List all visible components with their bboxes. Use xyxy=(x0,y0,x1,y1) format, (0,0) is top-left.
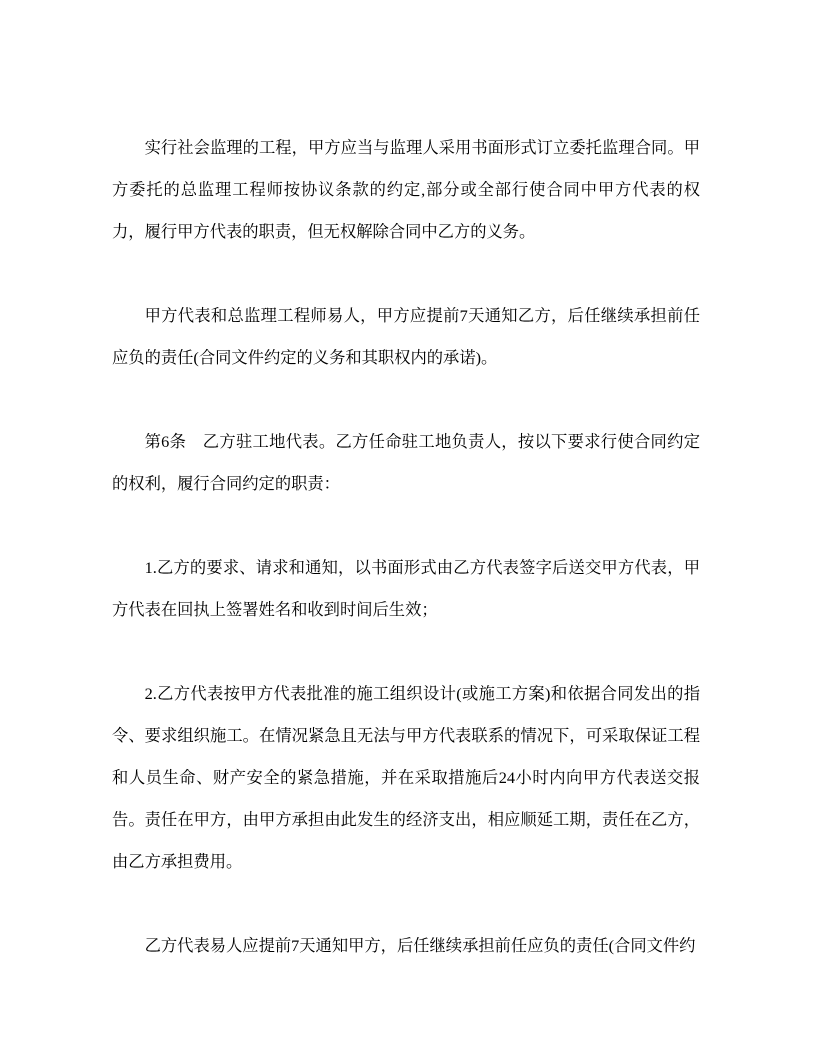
paragraph-representative-change-party-a: 甲方代表和总监理工程师易人，甲方应提前7天通知乙方，后任继续承担前任应负的责任(… xyxy=(112,295,700,379)
paragraph-item-2: 2.乙方代表按甲方代表批准的施工组织设计(或施工方案)和依据合同发出的指令、要求… xyxy=(112,673,700,883)
paragraph-item-1: 1.乙方的要求、请求和通知，以书面形式由乙方代表签字后送交甲方代表，甲方代表在回… xyxy=(112,547,700,631)
paragraph-clause-6-heading: 第6条 乙方驻工地代表。乙方任命驻工地负责人，按以下要求行使合同约定的权利，履行… xyxy=(112,421,700,505)
paragraph-supervision-clause: 实行社会监理的工程，甲方应当与监理人采用书面形式订立委托监理合同。甲方委托的总监… xyxy=(112,127,700,253)
paragraph-representative-change-party-b: 乙方代表易人应提前7天通知甲方，后任继续承担前任应负的责任(合同文件约 xyxy=(112,925,700,967)
document-page: 实行社会监理的工程，甲方应当与监理人采用书面形式订立委托监理合同。甲方委托的总监… xyxy=(0,0,816,1056)
